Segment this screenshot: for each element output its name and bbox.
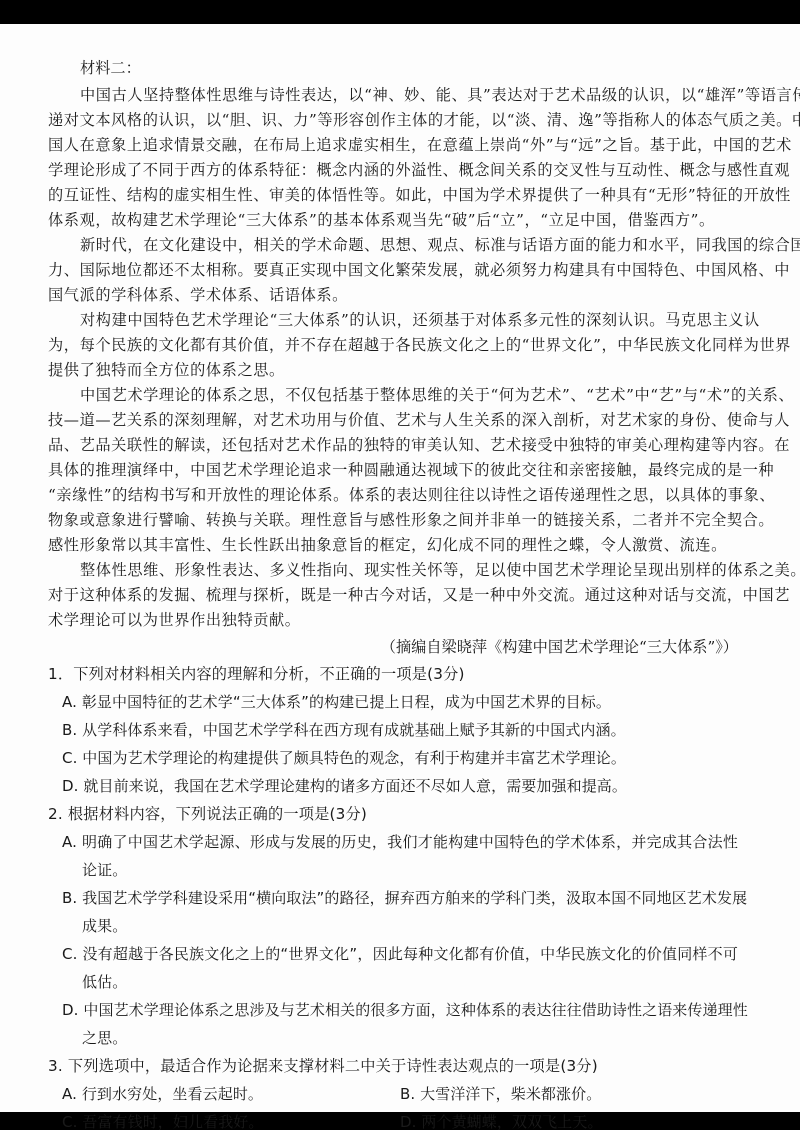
text-line: 对构建中国特色艺术学理论“三大体系”的认识，还须基于对体系多元性的深刻认识。马克… <box>48 308 738 333</box>
option-c: C. 中国为艺术学理论的构建提供了颇具特色的观念，有利于构建并丰富艺术学理论。 <box>48 746 738 774</box>
question-title: 2. 根据材料内容，下列说法正确的一项是(3分) <box>48 802 738 830</box>
option-d: D. 就目前来说，我国在艺术学理论建构的诸多方面还不尽如人意，需要加强和提高。 <box>48 774 738 802</box>
question-3: 3. 下列选项中，最适合作为论据来支撑材料二中关于诗性表达观点的一项是(3分) … <box>48 1054 738 1130</box>
option-c: C. 没有超越于各民族文化之上的“世界文化”，因此每种文化都有价值，中华民族文化… <box>48 942 738 970</box>
paragraph-4: 中国艺术学理论的体系之思，不仅包括基于整体思维的关于“何为艺术”、“艺术”中“艺… <box>48 383 738 558</box>
text-line: 为，每个民族的文化都有其价值，并不存在超越于各民族文化之上的“世界文化”，中华民… <box>48 333 738 358</box>
option-a: A. 彰显中国特征的艺术学“三大体系”的构建已提上日程，成为中国艺术界的目标。 <box>48 690 738 718</box>
text-line: 感性形象常以其丰富性、生长性跃出抽象意旨的框定，幻化成不同的理性之蝶，令人激赏、… <box>48 533 738 558</box>
paragraph-2: 新时代，在文化建设中，相关的学术命题、思想、观点、标准与话语方面的能力和水平，同… <box>48 233 738 308</box>
material-heading: 材料二： <box>48 56 738 83</box>
option-b-continued: 成果。 <box>48 914 738 942</box>
source-citation: （摘编自梁晓萍《构建中国艺术学理论“三大体系”》） <box>48 635 738 662</box>
paragraph-5: 整体性思维、形象性表达、多义性指向、现实性关怀等，足以使中国艺术学理论呈现出别样… <box>48 558 738 633</box>
text-line: 学理论形成了不同于西方的体系特征：概念内涵的外溢性、概念间关系的交叉性与互动性、… <box>48 158 738 183</box>
text-line: 体系观，故构建艺术学理论“三大体系”的基本体系观当先“破”后“立”，“立足中国，… <box>48 208 738 233</box>
question-1: 1．下列对材料相关内容的理解和分析，不正确的一项是(3分) A. 彰显中国特征的… <box>48 662 738 802</box>
text-line: 新时代，在文化建设中，相关的学术命题、思想、观点、标准与话语方面的能力和水平，同… <box>48 233 738 258</box>
option-d: D. 两个黄蝴蝶，双双飞上天。 <box>400 1110 738 1130</box>
question-title: 3. 下列选项中，最适合作为论据来支撑材料二中关于诗性表达观点的一项是(3分) <box>48 1054 738 1082</box>
text-line: 具体的推理演绎中，中国艺术学理论追求一种圆融通达视域下的彼此交往和亲密接触，最终… <box>48 458 738 483</box>
options-row-1: A. 行到水穷处，坐看云起时。 B. 大雪洋洋下，柴米都涨价。 <box>48 1082 738 1110</box>
text-line: “亲缘性”的结构书写和开放性的理论体系。体系的表达则往往以诗性之语传递理性之思，… <box>48 483 738 508</box>
text-line: 对于这种体系的发掘、梳理与探析，既是一种古今对话，又是一种中外交流。通过这种对话… <box>48 583 738 608</box>
question-2: 2. 根据材料内容，下列说法正确的一项是(3分) A. 明确了中国艺术学起源、形… <box>48 802 738 1054</box>
text-line: 物象或意象进行譬喻、转换与关联。理性意旨与感性形象之间并非单一的链接关系，二者并… <box>48 508 738 533</box>
question-title: 1．下列对材料相关内容的理解和分析，不正确的一项是(3分) <box>48 662 738 690</box>
text-line: 整体性思维、形象性表达、多义性指向、现实性关怀等，足以使中国艺术学理论呈现出别样… <box>48 558 738 583</box>
text-line: 中国古人坚持整体性思维与诗性表达，以“神、妙、能、具”表达对于艺术品级的认识，以… <box>48 83 738 108</box>
exam-page: 材料二： 中国古人坚持整体性思维与诗性表达，以“神、妙、能、具”表达对于艺术品级… <box>0 24 800 1112</box>
option-d-continued: 之思。 <box>48 1026 738 1054</box>
text-line: 国气派的学科体系、学术体系、话语体系。 <box>48 283 738 308</box>
option-b: B. 我国艺术学学科建设采用“横向取法”的路径，摒弃西方舶来的学科门类，汲取本国… <box>48 886 738 914</box>
option-a: A. 明确了中国艺术学起源、形成与发展的历史，我们才能构建中国特色的学术体系，并… <box>48 830 738 858</box>
text-line: 的互证性、结构的虚实相生性、审美的体悟性等。如此，中国为学术界提供了一种具有“无… <box>48 183 738 208</box>
text-line: 国人在意象上追求情景交融，在布局上追求虚实相生，在意蕴上崇尚“外”与“远”之旨。… <box>48 133 738 158</box>
text-line: 提供了独特而全方位的体系之思。 <box>48 358 738 383</box>
option-d: D. 中国艺术学理论体系之思涉及与艺术相关的很多方面，这种体系的表达往往借助诗性… <box>48 998 738 1026</box>
paragraph-3: 对构建中国特色艺术学理论“三大体系”的认识，还须基于对体系多元性的深刻认识。马克… <box>48 308 738 383</box>
paragraph-1: 中国古人坚持整体性思维与诗性表达，以“神、妙、能、具”表达对于艺术品级的认识，以… <box>48 83 738 233</box>
text-line: 品、艺品关联性的解读，还包括对艺术作品的独特的审美认知、艺术接受中独特的审美心理… <box>48 433 738 458</box>
option-a-continued: 论证。 <box>48 858 738 886</box>
option-b: B. 大雪洋洋下，柴米都涨价。 <box>400 1082 738 1110</box>
text-line: 中国艺术学理论的体系之思，不仅包括基于整体思维的关于“何为艺术”、“艺术”中“艺… <box>48 383 738 408</box>
option-c: C. 吾富有钱时，妇儿看我好。 <box>48 1110 400 1130</box>
page-content: 材料二： 中国古人坚持整体性思维与诗性表达，以“神、妙、能、具”表达对于艺术品级… <box>48 56 738 1130</box>
text-line: 技—道—艺关系的深刻理解，对艺术功用与价值、艺术与人生关系的深入剖析，对艺术家的… <box>48 408 738 433</box>
option-c-continued: 低估。 <box>48 970 738 998</box>
option-b: B. 从学科体系来看，中国艺术学学科在西方现有成就基础上赋予其新的中国式内涵。 <box>48 718 738 746</box>
text-line: 递对文本风格的认识，以“胆、识、力”等形容创作主体的才能，以“淡、清、逸”等指称… <box>48 108 738 133</box>
options-row-2: C. 吾富有钱时，妇儿看我好。 D. 两个黄蝴蝶，双双飞上天。 <box>48 1110 738 1130</box>
text-line: 力、国际地位都还不太相称。要真正实现中国文化繁荣发展，就必须努力构建具有中国特色… <box>48 258 738 283</box>
option-a: A. 行到水穷处，坐看云起时。 <box>48 1082 400 1110</box>
text-line: 术学理论可以为世界作出独特贡献。 <box>48 608 738 633</box>
